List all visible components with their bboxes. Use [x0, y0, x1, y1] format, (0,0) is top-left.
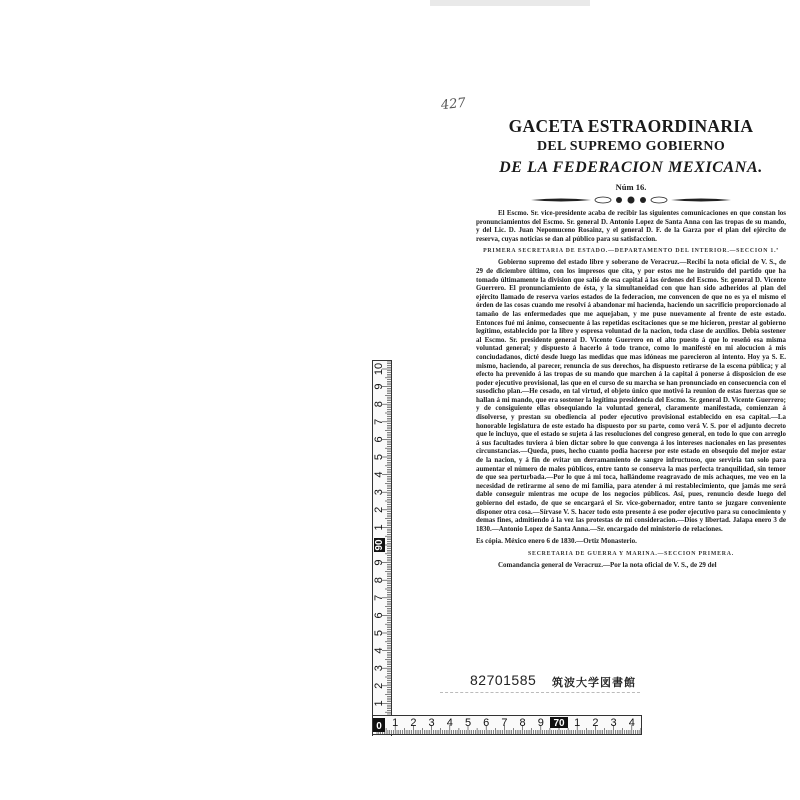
- gazette-page: GACETA ESTRAORDINARIA DEL SUPREMO GOBIER…: [476, 115, 786, 570]
- svg-text:6: 6: [373, 612, 385, 618]
- issue-number: Núm 16.: [476, 181, 786, 193]
- svg-text:7: 7: [373, 595, 385, 601]
- svg-text:5: 5: [373, 630, 385, 636]
- intro-paragraph: El Escmo. Sr. vice-presidente acaba de r…: [476, 209, 786, 243]
- handwritten-page-number: 427: [440, 96, 466, 114]
- barcode-number: 82701585: [470, 672, 536, 688]
- svg-text:8: 8: [373, 401, 385, 407]
- comandancia-paragraph: Comandancia general de Veracruz.—Por la …: [476, 561, 786, 570]
- svg-text:3: 3: [373, 665, 385, 671]
- svg-text:4: 4: [373, 648, 385, 654]
- svg-text:3: 3: [373, 489, 385, 495]
- library-stamp: 筑波大学図書館: [552, 674, 636, 690]
- svg-text:9: 9: [373, 560, 385, 566]
- horizontal-ruler: 01234567897012345: [372, 715, 642, 735]
- ornament-divider-icon: [531, 195, 731, 205]
- svg-text:7: 7: [373, 419, 385, 425]
- gazette-body: El Escmo. Sr. vice-presidente acaba de r…: [476, 209, 786, 570]
- section-heading-war: SECRETARIA DE GUERRA Y MARINA.—SECCION P…: [476, 551, 786, 557]
- vertical-ruler: 1234567899012345678910: [372, 360, 392, 736]
- svg-text:5: 5: [465, 717, 471, 729]
- stamp-divider: [440, 692, 640, 694]
- section-heading-interior: PRIMERA SECRETARIA DE ESTADO.—DEPARTAMEN…: [476, 248, 786, 254]
- svg-text:4: 4: [629, 717, 635, 729]
- svg-text:0: 0: [376, 721, 382, 732]
- svg-text:5: 5: [373, 454, 385, 460]
- svg-text:2: 2: [373, 507, 385, 513]
- svg-text:9: 9: [538, 717, 544, 729]
- svg-text:90: 90: [374, 539, 385, 551]
- svg-text:70: 70: [553, 718, 565, 729]
- gazette-subtitle-federation: DE LA FEDERACION MEXICANA.: [476, 157, 786, 179]
- svg-text:7: 7: [501, 717, 507, 729]
- svg-text:2: 2: [592, 717, 598, 729]
- svg-text:2: 2: [410, 717, 416, 729]
- svg-text:10: 10: [373, 363, 385, 375]
- svg-text:1: 1: [373, 524, 385, 530]
- svg-text:6: 6: [373, 436, 385, 442]
- svg-text:6: 6: [483, 717, 489, 729]
- svg-text:3: 3: [429, 717, 435, 729]
- svg-text:1: 1: [574, 717, 580, 729]
- svg-text:4: 4: [373, 472, 385, 478]
- svg-text:3: 3: [611, 717, 617, 729]
- svg-text:8: 8: [373, 577, 385, 583]
- svg-text:1: 1: [392, 717, 398, 729]
- veracruz-letter: Gobierno supremo del estado libre y sobe…: [476, 258, 786, 533]
- svg-text:1: 1: [373, 700, 385, 706]
- scan-edge-smudge: [430, 0, 590, 6]
- svg-text:9: 9: [373, 384, 385, 390]
- svg-text:8: 8: [520, 717, 526, 729]
- copy-attestation: Es cópia. México enero 6 de 1830.—Ortiz …: [476, 537, 786, 546]
- svg-text:2: 2: [373, 683, 385, 689]
- gazette-subtitle: DEL SUPREMO GOBIERNO: [476, 137, 786, 157]
- gazette-title: GACETA ESTRAORDINARIA: [476, 115, 786, 137]
- svg-text:4: 4: [447, 717, 453, 729]
